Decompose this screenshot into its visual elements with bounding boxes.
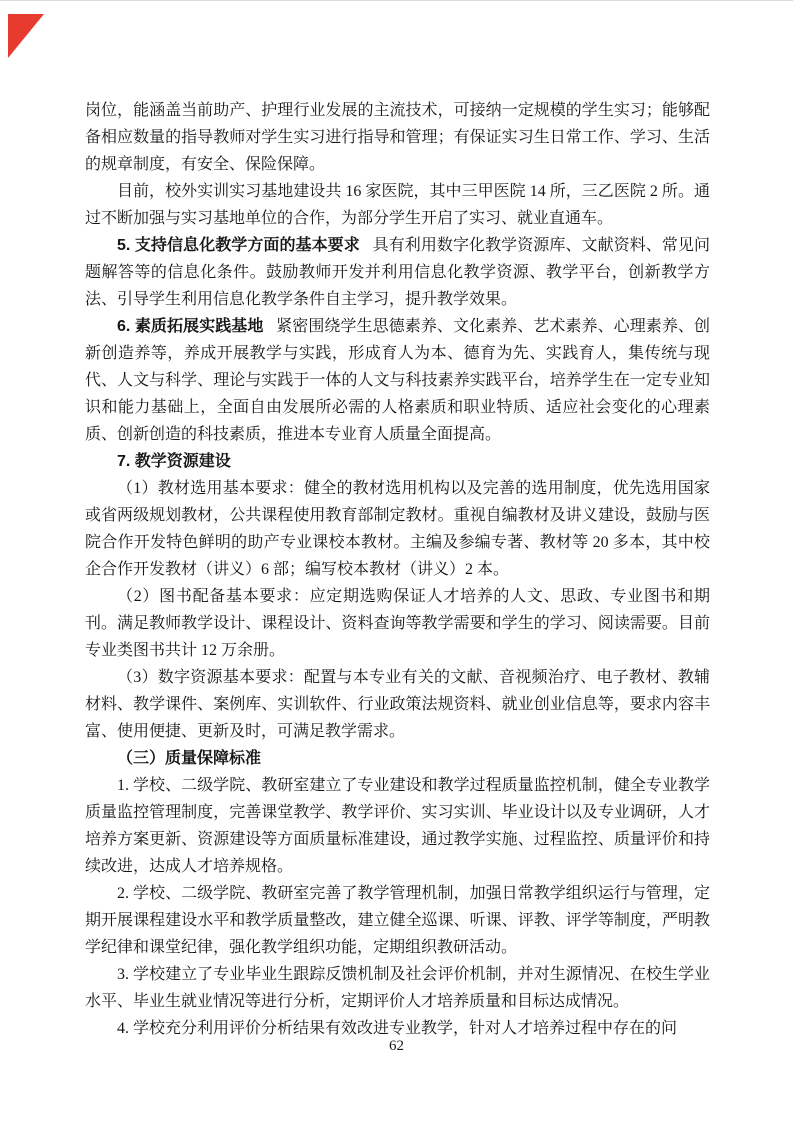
- paragraph-library-resources: （2）图书配备基本要求：应定期选购保证人才培养的人文、思政、专业图书和期刊。满足…: [85, 583, 710, 664]
- page-number: 62: [0, 1037, 793, 1055]
- paragraph-hospital-bases: 目前，校外实训实习基地建设共 16 家医院，其中三甲医院 14 所，三乙医院 2…: [85, 178, 710, 232]
- heading-6-practice-base-label: 6. 素质拓展实践基地: [117, 318, 263, 335]
- paragraph-textbook-selection: （1）教材选用基本要求：健全的教材选用机构以及完善的选用制度，优先选用国家或省两…: [85, 475, 710, 583]
- document-body: 岗位，能涵盖当前助产、护理行业发展的主流技术，可接纳一定规模的学生实习；能够配备…: [85, 97, 710, 1042]
- heading-quality-assurance-standard: （三）质量保障标准: [85, 745, 710, 772]
- paragraph-internship-conditions: 岗位，能涵盖当前助产、护理行业发展的主流技术，可接纳一定规模的学生实习；能够配备…: [85, 97, 710, 178]
- heading-7-teaching-resources: 7. 教学资源建设: [85, 448, 710, 475]
- paragraph-digital-resources: （3）数字资源基本要求：配置与本专业有关的文献、音视频治疗、电子教材、教辅材料、…: [85, 664, 710, 745]
- paragraph-informatization-requirements: 5. 支持信息化教学方面的基本要求具有利用数字化教学资源库、文献资料、常见问题解…: [85, 232, 710, 313]
- heading-5-informatization-label: 5. 支持信息化教学方面的基本要求: [117, 237, 360, 254]
- paragraph-quality-item-3: 3. 学校建立了专业毕业生跟踪反馈机制及社会评价机制，并对生源情况、在校生学业水…: [85, 961, 710, 1015]
- paragraph-quality-item-2: 2. 学校、二级学院、教研室完善了教学管理机制，加强日常教学组织运行与管理，定期…: [85, 880, 710, 961]
- paragraph-quality-expansion-base: 6. 素质拓展实践基地紧密围绕学生思德素养、文化素养、艺术素养、心理素养、创新创…: [85, 313, 710, 448]
- corner-flag-icon: [8, 14, 44, 58]
- heading-7-teaching-resources-label: 7. 教学资源建设: [117, 453, 231, 470]
- paragraph-text: 紧密围绕学生思德素养、文化素养、艺术素养、心理素养、创新创造养等，养成开展教学与…: [85, 318, 710, 443]
- document-page: 岗位，能涵盖当前助产、护理行业发展的主流技术，可接纳一定规模的学生实习；能够配备…: [0, 0, 793, 1122]
- heading-quality-assurance-label: （三）质量保障标准: [117, 750, 261, 767]
- paragraph-quality-item-1: 1. 学校、二级学院、教研室建立了专业建设和教学过程质量监控机制，健全专业教学质…: [85, 772, 710, 880]
